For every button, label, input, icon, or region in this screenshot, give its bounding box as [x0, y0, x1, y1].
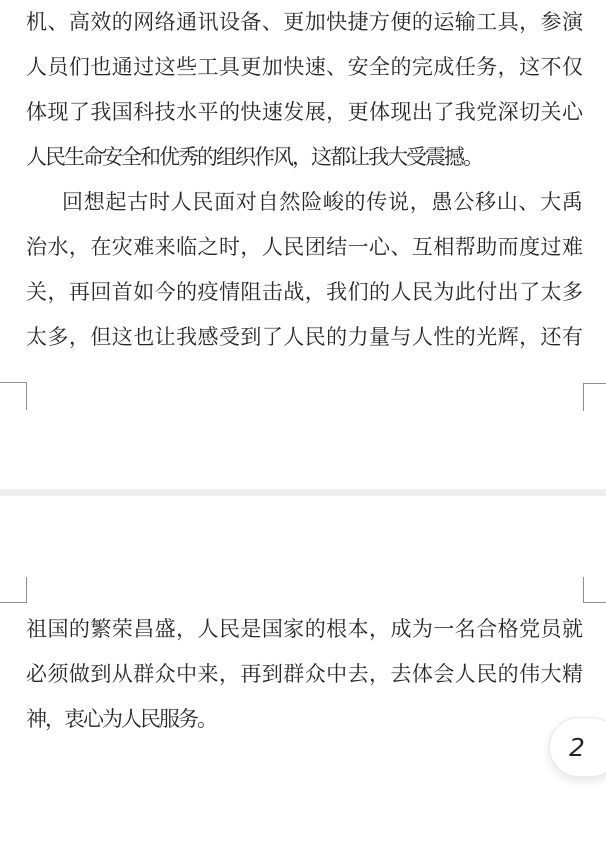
character: 度: [519, 225, 540, 270]
character: 群: [283, 652, 304, 697]
character: 太: [541, 270, 562, 315]
text-line[interactable]: 人民生命安全和优秀的组织作风，这都让我大受震撼。: [26, 135, 583, 180]
page-separator: [0, 489, 606, 496]
character: 战: [283, 270, 304, 315]
character: 群: [133, 652, 154, 697]
character: 员: [47, 45, 68, 90]
character: 必: [26, 652, 47, 697]
character: 中: [326, 652, 347, 697]
character: 付: [476, 270, 497, 315]
character: ，: [519, 315, 540, 360]
character: ，: [176, 607, 197, 652]
character: 让: [155, 315, 176, 360]
character: 愚: [431, 180, 452, 225]
character: 加: [305, 0, 326, 45]
character: 助: [476, 225, 497, 270]
character: 禹: [562, 180, 583, 225]
character: 人: [412, 315, 433, 360]
character: 心: [562, 90, 583, 135]
character: 关: [26, 270, 47, 315]
character: 太: [26, 315, 47, 360]
character: 传: [366, 180, 387, 225]
character: 这: [519, 45, 540, 90]
character: 性: [433, 315, 454, 360]
text-line[interactable]: 体现了我国科技水平的快速发展，更体现出了我党深切关心: [26, 90, 583, 135]
character: 任: [455, 45, 476, 90]
character: 如: [133, 270, 154, 315]
character: 人: [171, 180, 192, 225]
character: 起: [105, 180, 126, 225]
text-line[interactable]: 神，衷心为人民服务。: [26, 697, 583, 742]
character: 出: [498, 270, 519, 315]
character: 与: [390, 315, 411, 360]
character: 人: [455, 652, 476, 697]
character: 过: [541, 225, 562, 270]
character: 体: [412, 652, 433, 697]
character: 再: [240, 652, 261, 697]
character: 安: [348, 45, 369, 90]
character: ，: [369, 652, 390, 697]
character: 的: [69, 607, 90, 652]
character: 了: [262, 315, 283, 360]
text-line[interactable]: 必须做到从群众中来，再到群众中去，去体会人民的伟大精: [26, 652, 583, 697]
character: 古: [127, 180, 148, 225]
character: 荣: [112, 607, 133, 652]
character: 疫: [198, 270, 219, 315]
character: 去: [390, 652, 411, 697]
character: 辉: [498, 315, 519, 360]
text-line[interactable]: 祖国的繁荣昌盛，人民是国家的根本，成为一名合格党员就: [26, 607, 583, 652]
character: 具: [219, 45, 240, 90]
character: 多: [47, 315, 68, 360]
character: 治: [26, 225, 47, 270]
character: 为: [412, 607, 433, 652]
character: 员: [541, 607, 562, 652]
character: 通: [112, 45, 133, 90]
character: 之: [198, 225, 219, 270]
character: 、: [47, 0, 68, 45]
character: 备: [240, 0, 261, 45]
character: 格: [498, 607, 519, 652]
character: 一: [433, 607, 454, 652]
character: 发: [283, 90, 304, 135]
character: 了: [433, 90, 454, 135]
character: 体: [369, 90, 390, 135]
character: 中: [176, 652, 197, 697]
character: 更: [240, 45, 261, 90]
character: 盛: [155, 607, 176, 652]
character: 再: [69, 270, 90, 315]
character: 的: [412, 0, 433, 45]
text-line[interactable]: 机、高效的网络通讯设备、更加快捷方便的运输工具，参演: [26, 0, 583, 45]
character: 工: [476, 0, 497, 45]
character: 此: [455, 270, 476, 315]
character: 而: [498, 225, 519, 270]
character: 去: [348, 652, 369, 697]
character: 现: [390, 90, 411, 135]
character: 互: [412, 225, 433, 270]
character: 光: [476, 315, 497, 360]
character: 多: [562, 270, 583, 315]
character: 也: [133, 315, 154, 360]
text-line[interactable]: 关，再回首如今的疫情阻击战，我们的人民为此付出了太多: [26, 270, 583, 315]
character: 国: [262, 607, 283, 652]
character: 情: [219, 270, 240, 315]
character: 但: [90, 315, 111, 360]
character: ，: [498, 45, 519, 90]
character: 难: [133, 225, 154, 270]
character: 击: [262, 270, 283, 315]
character: 山: [497, 180, 518, 225]
character: 党: [476, 90, 497, 135]
character: 我: [326, 270, 347, 315]
character: 讯: [198, 0, 219, 45]
character: 、: [326, 45, 347, 90]
page-number-label: 2: [550, 733, 585, 762]
text-line[interactable]: 太多，但这也让我感受到了人民的力量与人性的光辉，还有: [26, 315, 583, 360]
character: 们: [69, 45, 90, 90]
character: 了: [519, 270, 540, 315]
page2-text-boundary-mark-top-left: [0, 577, 27, 603]
character: 还: [541, 315, 562, 360]
character: 来: [155, 225, 176, 270]
character: 昌: [133, 607, 154, 652]
character: 的: [345, 180, 366, 225]
character: 然: [279, 180, 300, 225]
character: 自: [258, 180, 279, 225]
character: ，: [69, 315, 90, 360]
character: 回: [90, 270, 111, 315]
page-1-text: 机、高效的网络通讯设备、更加快捷方便的运输工具，参演人员们也通过这些工具更加快速…: [26, 0, 583, 360]
character: 络: [155, 0, 176, 45]
page2-text-boundary-mark-top-right: [583, 577, 606, 603]
character: 峻: [323, 180, 344, 225]
character: 根: [326, 607, 347, 652]
character: 的: [326, 315, 347, 360]
character: 快: [283, 45, 304, 90]
character: 不: [541, 45, 562, 90]
character: ，: [219, 652, 240, 697]
character: 快: [240, 90, 261, 135]
character: 民: [412, 270, 433, 315]
character: 我: [90, 90, 111, 135]
character: 切: [519, 90, 540, 135]
character: 帮: [455, 225, 476, 270]
character: ，: [410, 180, 431, 225]
character: 平: [198, 90, 219, 135]
character: 祖: [26, 607, 47, 652]
document-viewer: 机、高效的网络通讯设备、更加快捷方便的运输工具，参演人员们也通过这些工具更加快速…: [0, 0, 606, 866]
character: 本: [348, 607, 369, 652]
character: 也: [90, 45, 111, 90]
character: 民: [476, 652, 497, 697]
character: 加: [262, 45, 283, 90]
character: 会: [433, 652, 454, 697]
character: 、: [518, 180, 539, 225]
character: 演: [562, 0, 583, 45]
character: 民: [219, 607, 240, 652]
character: 仅: [562, 45, 583, 90]
character: 精: [562, 652, 583, 697]
character: 深: [498, 90, 519, 135]
character: 我: [176, 315, 197, 360]
character: 人: [283, 315, 304, 360]
character: 成: [390, 607, 411, 652]
character: 的: [498, 652, 519, 697]
character: 工: [198, 45, 219, 90]
character: 时: [219, 225, 240, 270]
character: 的: [219, 90, 240, 135]
character: 的: [390, 45, 411, 90]
character: 过: [133, 45, 154, 90]
character: 的: [176, 270, 197, 315]
character: 这: [155, 45, 176, 90]
character: 阻: [240, 270, 261, 315]
character: 大: [540, 180, 561, 225]
character: 心: [369, 225, 390, 270]
character: ，: [69, 225, 90, 270]
page1-text-boundary-mark-bottom-left: [0, 382, 27, 410]
character: 难: [562, 225, 583, 270]
text-line[interactable]: 治水，在灾难来临之时，人民团结一心、互相帮助而度过难: [26, 225, 583, 270]
character: 人: [390, 270, 411, 315]
character: 速: [262, 90, 283, 135]
page-2-text: 祖国的繁荣昌盛，人民是国家的根本，成为一名合格党员就必须做到从群众中来，再到群众…: [26, 607, 583, 742]
character: 的: [455, 315, 476, 360]
character: 技: [155, 90, 176, 135]
character: 更: [283, 0, 304, 45]
character: 团: [305, 225, 326, 270]
character: 党: [519, 607, 540, 652]
character: 想: [84, 180, 105, 225]
character: 方: [369, 0, 390, 45]
character: 体: [26, 90, 47, 135]
character: 对: [236, 180, 257, 225]
character: 是: [240, 607, 261, 652]
character: 成: [433, 45, 454, 90]
character: 为: [433, 270, 454, 315]
character: 捷: [348, 0, 369, 45]
character: 众: [155, 652, 176, 697]
character: 、: [390, 225, 411, 270]
character: 面: [214, 180, 235, 225]
character: 量: [369, 315, 390, 360]
character: 移: [475, 180, 496, 225]
character: ，: [326, 90, 347, 135]
character: 民: [192, 180, 213, 225]
character: 更: [348, 90, 369, 135]
character: 出: [412, 90, 433, 135]
character: 到: [90, 652, 111, 697]
character: 通: [176, 0, 197, 45]
character: 临: [176, 225, 197, 270]
character: 繁: [90, 607, 111, 652]
page1-text-boundary-mark-bottom-right: [583, 383, 606, 411]
character: 国: [112, 90, 133, 135]
character: 水: [47, 225, 68, 270]
character: 国: [47, 607, 68, 652]
character: 关: [541, 90, 562, 135]
character: 高: [69, 0, 90, 45]
text-line[interactable]: 人员们也通过这些工具更加快速、安全的完成任务，这不仅: [26, 45, 583, 90]
character: 全: [369, 45, 390, 90]
character: 众: [305, 652, 326, 697]
character: 有: [562, 315, 583, 360]
character: 现: [47, 90, 68, 135]
character: 的: [305, 607, 326, 652]
character: 相: [433, 225, 454, 270]
character: 人: [198, 607, 219, 652]
character: 回: [62, 180, 83, 225]
text-line[interactable]: 回想起古时人民面对自然险峻的传说，愚公移山、大禹: [26, 180, 583, 225]
character: 输: [455, 0, 476, 45]
character: 大: [541, 652, 562, 697]
character: 机: [26, 0, 47, 45]
character: 务: [476, 45, 497, 90]
character: 须: [47, 652, 68, 697]
character: 具: [498, 0, 519, 45]
character: 时: [149, 180, 170, 225]
character: 名: [455, 607, 476, 652]
character: 便: [390, 0, 411, 45]
character: 快: [326, 0, 347, 45]
character: ，: [519, 0, 540, 45]
character: 做: [69, 652, 90, 697]
character: 了: [69, 90, 90, 135]
character: ，: [47, 270, 68, 315]
character: 受: [219, 315, 240, 360]
character: 险: [301, 180, 322, 225]
character: 水: [176, 90, 197, 135]
character: 公: [453, 180, 474, 225]
character: 到: [262, 652, 283, 697]
character: 人: [26, 45, 47, 90]
character: 完: [412, 45, 433, 90]
character: 灾: [112, 225, 133, 270]
character: 说: [388, 180, 409, 225]
character: 网: [133, 0, 154, 45]
character: 设: [219, 0, 240, 45]
character: 我: [455, 90, 476, 135]
character: 些: [176, 45, 197, 90]
character: 参: [541, 0, 562, 45]
character: 来: [198, 652, 219, 697]
character: 在: [90, 225, 111, 270]
character: 今: [155, 270, 176, 315]
character: 民: [305, 315, 326, 360]
character: 到: [240, 315, 261, 360]
character: 一: [348, 225, 369, 270]
character: ，: [369, 607, 390, 652]
character: 感: [198, 315, 219, 360]
character: 就: [562, 607, 583, 652]
character: 首: [112, 270, 133, 315]
character: 的: [112, 0, 133, 45]
character: 人: [262, 225, 283, 270]
character: 伟: [519, 652, 540, 697]
character: 家: [283, 607, 304, 652]
character: 、: [262, 0, 283, 45]
character: 合: [476, 607, 497, 652]
character: 展: [305, 90, 326, 135]
character: 科: [133, 90, 154, 135]
character: 效: [90, 0, 111, 45]
character: 民: [283, 225, 304, 270]
character: 从: [112, 652, 133, 697]
character: 这: [112, 315, 133, 360]
character: 结: [326, 225, 347, 270]
character: 的: [369, 270, 390, 315]
page-number-badge[interactable]: 2: [549, 717, 606, 777]
character: ，: [240, 225, 261, 270]
character: 力: [348, 315, 369, 360]
character: ，: [305, 270, 326, 315]
character: 速: [305, 45, 326, 90]
character: 们: [348, 270, 369, 315]
character: 运: [433, 0, 454, 45]
